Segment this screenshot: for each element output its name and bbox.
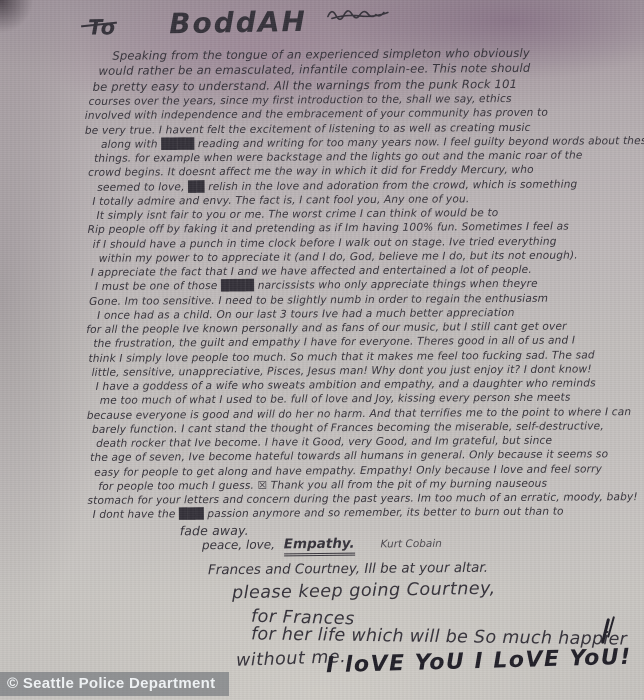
salutation: To BoddAH [88,3,397,41]
salutation-to: To [88,15,116,39]
illegible-scribble-icon [326,3,396,26]
handwritten-note-photo: To BoddAH Speaking from the tongue of an… [0,0,644,700]
altar-line: Frances and Courtney, Ill be at your alt… [208,560,488,578]
salutation-name: BoddAH [169,5,307,40]
keep-going-line: please keep going Courtney, [232,579,496,604]
letter-body: Speaking from the tongue of an experienc… [84,45,639,539]
i-love-you-line: I loVE YoU I LoVE YoU! [326,645,632,679]
photo-credit-watermark: © Seattle Police Department [0,672,229,696]
letter-line: I dont have the ███ passion anymore and … [93,505,640,523]
signature: Kurt Cobain [380,538,442,551]
sign-off-empathy-underlined: Empathy. [284,536,355,557]
sign-off: peace, love, Empathy. Kurt Cobain [202,535,442,554]
sign-off-prefix: peace, love, [202,537,275,552]
